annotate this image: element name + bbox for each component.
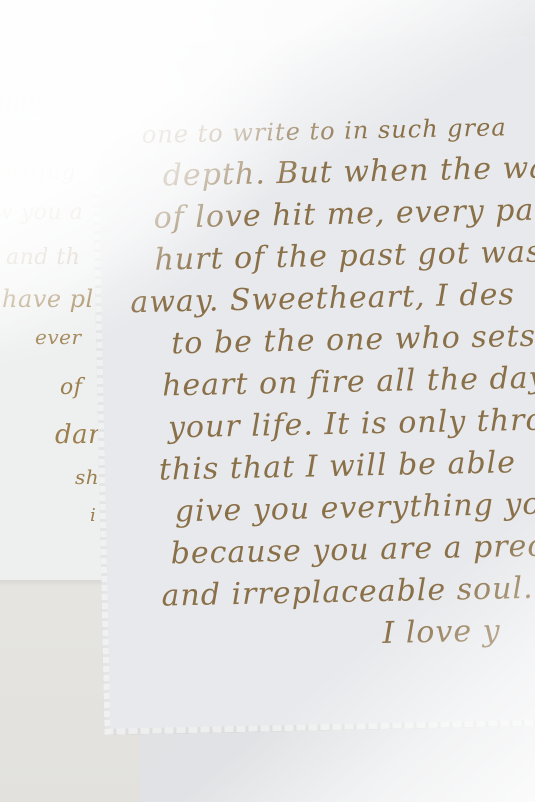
back-line: ever xyxy=(35,325,82,349)
calligraphy-text: one to write to in such grea depth. But … xyxy=(121,105,535,661)
front-letter-sheet: one to write to in such grea depth. But … xyxy=(90,35,535,735)
back-line: have pl xyxy=(2,285,94,313)
back-line: ling, xyxy=(0,90,50,115)
back-line: sh xyxy=(75,465,99,489)
back-line: i xyxy=(90,505,96,526)
back-line: writing xyxy=(0,160,76,185)
back-line: w you a xyxy=(0,200,83,225)
back-line: and th xyxy=(6,245,80,270)
letter-closing: I love y xyxy=(132,609,535,661)
back-line: of xyxy=(60,375,82,400)
back-line: dar xyxy=(55,420,101,450)
